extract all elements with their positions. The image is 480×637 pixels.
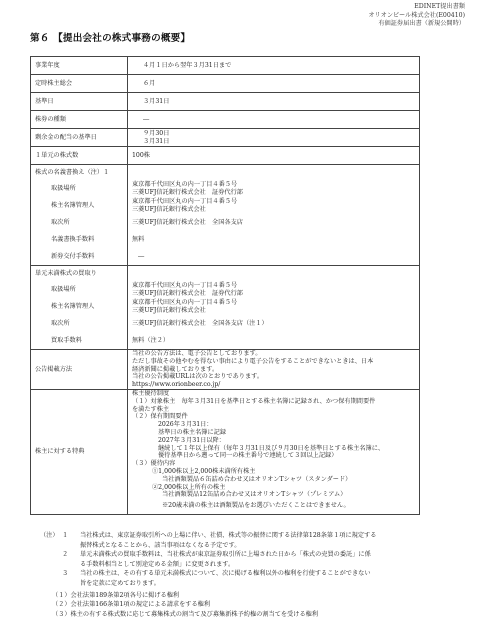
row-label: 剰余金の配当の基準日 [31,129,128,147]
buyback-labels: 単元未満株式の買取り 取扱場所 株主名簿管理人 取次所 買取手数料 [31,266,128,350]
row-label: １単元の株式数 [31,147,128,165]
table-row-buyback: 単元未満株式の買取り 取扱場所 株主名簿管理人 取次所 買取手数料 東京都千代田… [31,266,420,350]
transfer-labels: 株式の名義書換え（注）１ 取扱場所 株主名簿管理人 取次所 名義書換手数料 新券… [31,165,128,266]
row-label: 株主に対する特典 [31,389,128,514]
row-label: 公告掲載方法 [31,350,128,390]
header-doc-type: 有価証券届出書（新規公開時） [368,20,465,29]
header-edinet: EDINET提出書類 [368,3,465,12]
footnote-subitem: （２）会社法第166条第1項の規定による請求をする権利 [52,600,430,610]
row-label: 事業年度 [31,57,128,75]
buyback-values: 東京都千代田区丸の内一丁目４番５号三菱UFJ信託銀行株式会社 証券代行部 東京都… [128,266,420,350]
stock-affairs-table: 事業年度 ４月１日から翌年３月31日まで 定時株主総会 ６月 基準日 ３月31日… [30,56,420,515]
row-value: ９月30日 ３月31日 [128,129,420,147]
table-row-certificate-type: 株券の種類 ― [31,111,420,129]
row-value: ３月31日 [128,93,420,111]
page-title: 第６ 【提出会社の株式事務の概要】 [30,30,190,44]
transfer-values: 東京都千代田区丸の内一丁目４番５号三菱UFJ信託銀行株式会社 証券代行部 東京都… [128,165,420,266]
row-label: 株券の種類 [31,111,128,129]
footnote-1: （注） １ 当社株式は、東京証券取引所への上場に伴い、社債、株式等の振替に関する… [40,531,430,550]
table-row-dividend-record: 剰余金の配当の基準日 ９月30日 ３月31日 [31,129,420,147]
table-row-business-year: 事業年度 ４月１日から翌年３月31日まで [31,57,420,75]
row-label: 基準日 [31,93,128,111]
table-row-unit-shares: １単元の株式数 100株 [31,147,420,165]
row-value: 株主優待制度 （１）対象株主 毎年３月31日を基準日とする株主名簿に記録され、か… [128,389,420,514]
row-value: 100株 [128,147,420,165]
footnote-3-subitems: （１）会社法第189条第2項各号に掲げる権利 （２）会社法第166条第1項の規定… [40,591,430,620]
table-row-agm: 定時株主総会 ６月 [31,75,420,93]
document-header: EDINET提出書類 オリオンビール株式会社(E00410) 有価証券届出書（新… [368,3,465,29]
header-company: オリオンビール株式会社(E00410) [368,12,465,21]
footnote-3: ３ 当社の株主は、その有する単元未満株式について、次に掲げる権利以外の権利を行使… [40,569,430,588]
row-value: 当社の公告方法は、電子公告としております。 ただし事故その他やむを得ない事由によ… [128,350,420,390]
table-row-benefits: 株主に対する特典 株主優待制度 （１）対象株主 毎年３月31日を基準日とする株主… [31,389,420,514]
table-row-record-date: 基準日 ３月31日 [31,93,420,111]
table-row-public-notice: 公告掲載方法 当社の公告方法は、電子公告としております。 ただし事故その他やむを… [31,350,420,390]
row-value: ６月 [128,75,420,93]
footnote-subitem: （３）株主の有する株式数に応じて募集株式の割当て及び募集新株予約権の割当てを受け… [52,610,430,620]
footnotes: （注） １ 当社株式は、東京証券取引所への上場に伴い、社債、株式等の振替に関する… [40,531,430,619]
company-url-link[interactable]: https://www.orionbeer.co.jp/ [132,381,419,389]
row-value: ― [128,111,420,129]
row-label: 定時株主総会 [31,75,128,93]
row-value: ４月１日から翌年３月31日まで [128,57,420,75]
footnote-subitem: （１）会社法第189条第2項各号に掲げる権利 [52,591,430,601]
table-row-transfer: 株式の名義書換え（注）１ 取扱場所 株主名簿管理人 取次所 名義書換手数料 新券… [31,165,420,266]
footnote-2: ２ 単元未満株式の買取手数料は、当社株式が東京証券取引所に上場された日から「株式… [40,550,430,569]
